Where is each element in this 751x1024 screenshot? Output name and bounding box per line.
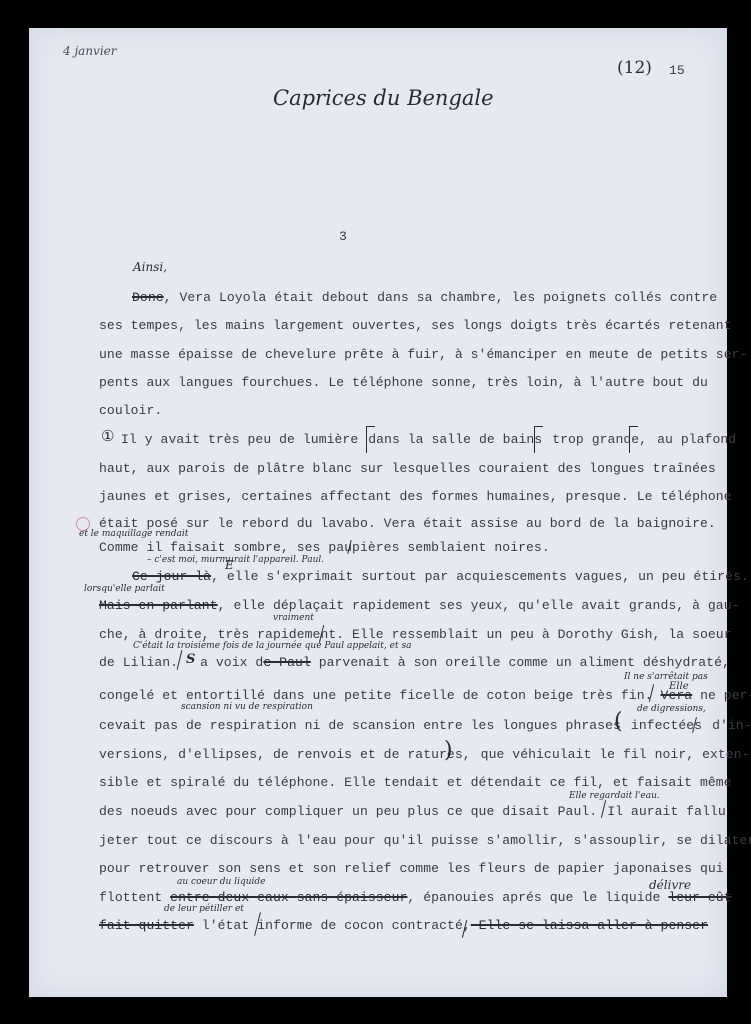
typed-line: ses tempes, les mains largement ouvertes… [99,318,732,333]
paren-mark: ) [444,738,453,763]
annotation-ne-sarretait: Il ne s'arrêtait pas [624,672,708,682]
annotation-maquillage: et le maquillage rendait [79,529,188,539]
annotation-au-coeur: au coeur du liquide [177,877,265,887]
typed-line: pour retrouver son sens et son relief co… [99,861,724,876]
annotation-lorsquelle: lorsqu'elle parlait [84,584,165,594]
typed-line: était posé sur le rebord du lavabo. Vera… [99,516,716,531]
bracket-mark [629,426,638,453]
paren-mark: ( [614,709,623,734]
folio-number: 12 [624,58,646,78]
typed-line: jeter tout ce discours à l'eau pour qu'i… [99,833,751,848]
typed-line: versions, d'ellipses, de renvois et de r… [99,747,750,762]
struck-text: Donc [132,290,164,305]
bracket-mark [366,426,375,453]
typed-line: Comme il faisait sombre, ses paupières s… [99,540,550,555]
typed-line: sible et spiralé du téléphone. Elle tend… [99,775,732,790]
typed-line: flottent entre deux eaux sans épaisseur,… [99,890,732,905]
annotation-cest-moi: – c'est moi, murmurait l'appareil. Paul. [147,555,324,565]
typed-line: Mais en parlant, elle déplaçait rapideme… [99,598,740,613]
typed-line: une masse épaisse de chevelure prête à f… [99,347,747,362]
typed-line: Donc, Vera Loyola était debout dans sa c… [132,290,717,305]
typed-line: fait quitter l'étatinforme de cocon cont… [99,918,708,933]
typed-line: des noeuds avec pour compliquer un peu p… [99,804,726,819]
typed-line: che, à droite, très rapidement. Elle res… [99,627,732,642]
annotation-troisieme-fois: C'était la troisième fois de la journée … [133,641,411,651]
section-number: 3 [339,229,347,244]
struck-text: fait quitter [99,918,194,933]
circled-number-one: ① [101,427,114,445]
typed-line: pents aux langues fourchues. Le téléphon… [99,375,708,390]
typed-line: congelé et entortillé dans une petite fi… [99,688,751,703]
manuscript-page: 4 janvier (12) 15 Caprices du Bengale 3 … [29,28,727,997]
typed-line: haut, aux parois de plâtre blanc sur les… [99,461,716,476]
struck-text: Elle se laissa aller à penser [471,918,708,933]
typed-line: couloir. [99,403,162,418]
annotation-scansion: scansion ni vu de respiration [181,702,313,712]
struck-text: Mais en parlant [99,598,218,613]
page-number: 15 [669,63,685,78]
annotation-vraiment: vraiment [273,613,314,623]
struck-text: e Paul [263,655,310,670]
bracket-mark [534,426,543,453]
annotation-digressions: de digressions, [637,704,706,714]
typed-line: cevait pas de respiration ni de scansion… [99,718,751,733]
folio-circled: (12) [617,58,652,78]
typed-line: jaunes et grises, certaines affectant de… [99,489,732,504]
annotation-capital-s: S [186,652,195,667]
struck-text: Vera [661,688,693,703]
date-note: 4 janvier [63,44,117,58]
annotation-de-leur: de leur pétiller et [164,904,244,914]
annotation-capital-e: E [225,558,234,572]
manuscript-title: Caprices du Bengale [273,86,494,110]
struck-text: leur eût [668,890,731,905]
struck-text: Ce jour-là [132,569,211,584]
typed-line: Il y avait très peu de lumièredans la sa… [121,432,736,447]
struck-text: entre deux eaux sans épaisseur [170,890,407,905]
annotation-regardait: Elle regardait l'eau. [569,791,660,801]
annotation-ainsi: Ainsi, [133,260,167,274]
